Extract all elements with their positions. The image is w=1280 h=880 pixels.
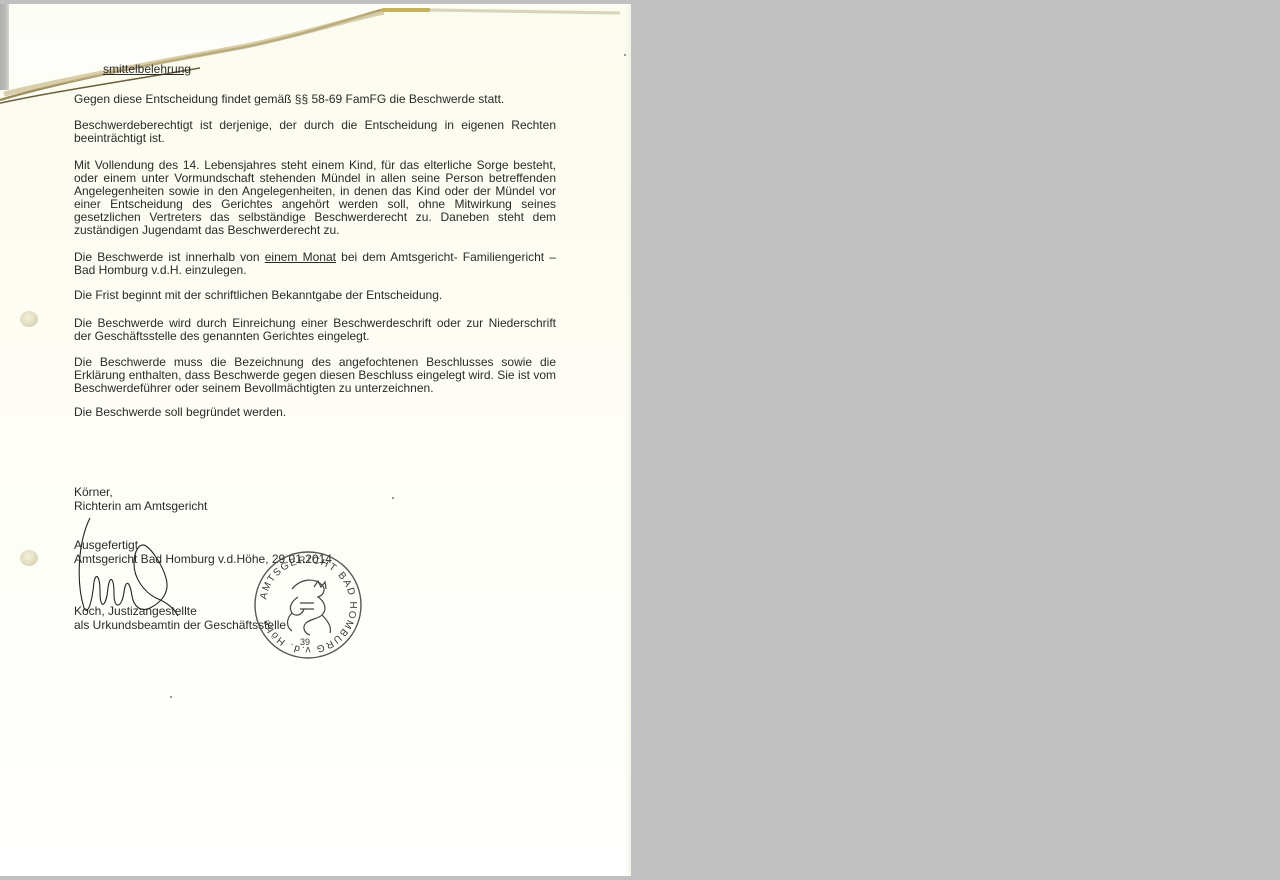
- page-right-edge: [625, 4, 631, 876]
- paragraph-deadline-start: Die Frist beginnt mit der schriftlichen …: [74, 289, 556, 302]
- hessian-lion-icon: [288, 580, 331, 635]
- paper-fold-crease: [0, 4, 630, 104]
- paragraph-child-rights: Mit Vollendung des 14. Lebensjahres steh…: [74, 159, 556, 237]
- scan-speck: [392, 497, 394, 499]
- seal-number: 39: [300, 637, 310, 647]
- deadline-period: einem Monat: [265, 250, 336, 264]
- judge-name: Körner,: [74, 485, 207, 499]
- judge-block: Körner, Richterin am Amtsgericht: [74, 485, 207, 513]
- punch-hole-bottom: [20, 550, 38, 566]
- paragraph-filing: Die Beschwerde wird durch Einreichung ei…: [74, 317, 556, 343]
- scan-speck: [170, 696, 172, 698]
- deadline-text-before: Die Beschwerde ist innerhalb von: [74, 250, 265, 264]
- heading-rechtsmittelbelehrung: smittelbelehrung: [103, 63, 585, 76]
- scan-speck: [624, 54, 626, 56]
- paragraph-legal-basis: Gegen diese Entscheidung findet gemäß §§…: [74, 93, 556, 106]
- judge-title: Richterin am Amtsgericht: [74, 499, 207, 513]
- scan-edge-shadow: [0, 4, 9, 90]
- paragraph-justification: Die Beschwerde soll begründet werden.: [74, 406, 556, 419]
- punch-hole-top: [20, 311, 38, 327]
- paragraph-entitlement: Beschwerdeberechtigt ist derjenige, der …: [74, 119, 556, 145]
- paragraph-content-requirements: Die Beschwerde muss die Bezeichnung des …: [74, 356, 556, 395]
- court-seal-stamp: AMTSGERICHT BAD HOMBURG v.d. Höhe 39: [252, 549, 364, 661]
- scanned-document-page: smittelbelehrung Gegen diese Entscheidun…: [0, 4, 631, 876]
- paragraph-deadline: Die Beschwerde ist innerhalb von einem M…: [74, 251, 556, 277]
